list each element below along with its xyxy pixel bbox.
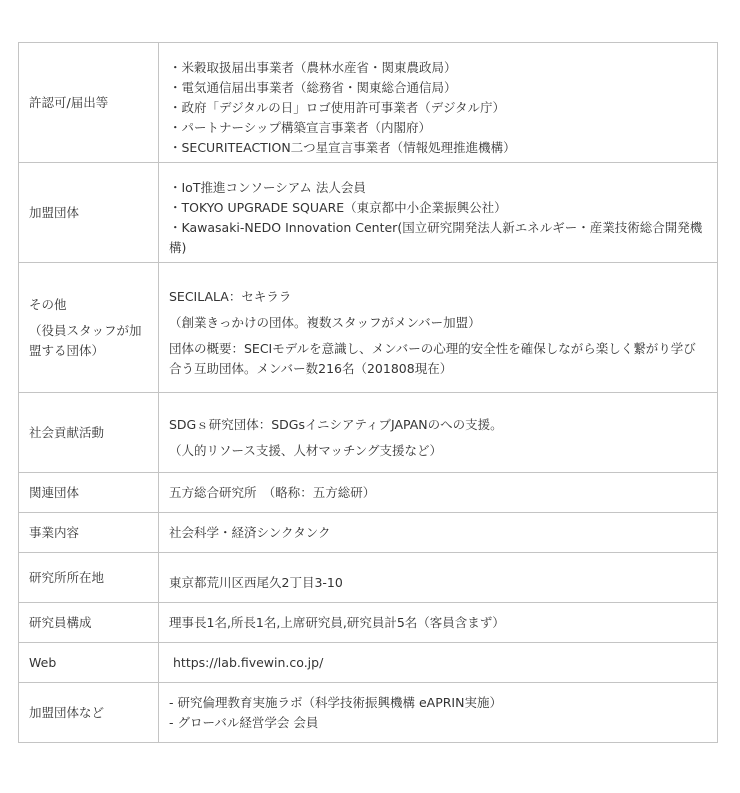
table-row-licenses: 許認可/届出等 ・米穀取扱届出事業者（農林水産省・関東農政局） ・電気通信届出事… (19, 43, 718, 163)
row-value: 社会科学・経済シンクタンク (159, 513, 718, 553)
contribution-paragraph: （人的リソース支援、人材マッチング支援など） (169, 441, 707, 461)
row-value: 理事長1名,所長1名,上席研究員,研究員計5名（客員含まず） (159, 603, 718, 643)
table-row-business: 事業内容 社会科学・経済シンクタンク (19, 513, 718, 553)
table-row-address: 研究所所在地 東京都荒川区西尾久2丁目3-10 (19, 553, 718, 603)
table-row-related-org: 関連団体 五方総合研究所 （略称：五方総研） (19, 473, 718, 513)
membership-item: ・TOKYO UPGRADE SQUARE（東京都中小企業振興公社） (169, 198, 707, 218)
company-info-table: 許認可/届出等 ・米穀取扱届出事業者（農林水産省・関東農政局） ・電気通信届出事… (18, 42, 718, 743)
row-label-line: （役員スタッフが加盟する団体） (29, 321, 148, 361)
row-label: 許認可/届出等 (19, 43, 159, 163)
row-label: Web (19, 643, 159, 683)
row-label: 社会貢献活動 (19, 393, 159, 473)
membership-item: ・Kawasaki-NEDO Innovation Center(国立研究開発法… (169, 218, 707, 258)
other-paragraph: 団体の概要：SECIモデルを意識し、メンバーの心理的安全性を確保しながら楽しく繋… (169, 339, 707, 379)
license-item: ・パートナーシップ構築宣言事業者（内閣府） (169, 118, 707, 138)
row-label: 研究員構成 (19, 603, 159, 643)
row-value: ・米穀取扱届出事業者（農林水産省・関東農政局） ・電気通信届出事業者（総務省・関… (159, 43, 718, 163)
row-label: 研究所所在地 (19, 553, 159, 603)
row-label: 事業内容 (19, 513, 159, 553)
table-row-other: その他 （役員スタッフが加盟する団体） SECILALA：セキララ （創業きっか… (19, 263, 718, 393)
row-label: その他 （役員スタッフが加盟する団体） (19, 263, 159, 393)
license-item: ・電気通信届出事業者（総務省・関東総合通信局） (169, 78, 707, 98)
row-value: SECILALA：セキララ （創業きっかけの団体。複数スタッフがメンバー加盟） … (159, 263, 718, 393)
affiliation-item: - グローバル経営学会 会員 (169, 713, 707, 733)
row-label: 加盟団体 (19, 163, 159, 263)
membership-item: ・IoT推進コンソーシアム 法人会員 (169, 178, 707, 198)
row-label-line: その他 (29, 295, 148, 315)
row-value: ・IoT推進コンソーシアム 法人会員 ・TOKYO UPGRADE SQUARE… (159, 163, 718, 263)
row-value: 東京都荒川区西尾久2丁目3-10 (159, 553, 718, 603)
row-label: 関連団体 (19, 473, 159, 513)
row-value: - 研究倫理教育実施ラボ（科学技術振興機構 eAPRIN実施） - グローバル経… (159, 683, 718, 743)
table-row-affiliations: 加盟団体など - 研究倫理教育実施ラボ（科学技術振興機構 eAPRIN実施） -… (19, 683, 718, 743)
website-link[interactable]: https://lab.fivewin.co.jp/ (169, 655, 323, 670)
other-paragraph: （創業きっかけの団体。複数スタッフがメンバー加盟） (169, 313, 707, 333)
affiliation-item: - 研究倫理教育実施ラボ（科学技術振興機構 eAPRIN実施） (169, 693, 707, 713)
license-item: ・米穀取扱届出事業者（農林水産省・関東農政局） (169, 58, 707, 78)
other-paragraph: SECILALA：セキララ (169, 287, 707, 307)
license-item: ・政府「デジタルの日」ロゴ使用許可事業者（デジタル庁） (169, 98, 707, 118)
table-row-web: Web https://lab.fivewin.co.jp/ (19, 643, 718, 683)
row-label: 加盟団体など (19, 683, 159, 743)
license-item: ・SECURITEACTION二つ星宣言事業者（情報処理推進機構） (169, 138, 707, 158)
table-row-social-contribution: 社会貢献活動 SDGｓ研究団体：SDGsイニシアティブJAPANのへの支援。 （… (19, 393, 718, 473)
row-value: SDGｓ研究団体：SDGsイニシアティブJAPANのへの支援。 （人的リソース支… (159, 393, 718, 473)
table-row-memberships: 加盟団体 ・IoT推進コンソーシアム 法人会員 ・TOKYO UPGRADE S… (19, 163, 718, 263)
table-row-staff: 研究員構成 理事長1名,所長1名,上席研究員,研究員計5名（客員含まず） (19, 603, 718, 643)
contribution-paragraph: SDGｓ研究団体：SDGsイニシアティブJAPANのへの支援。 (169, 415, 707, 435)
row-value: https://lab.fivewin.co.jp/ (159, 643, 718, 683)
row-value: 五方総合研究所 （略称：五方総研） (159, 473, 718, 513)
